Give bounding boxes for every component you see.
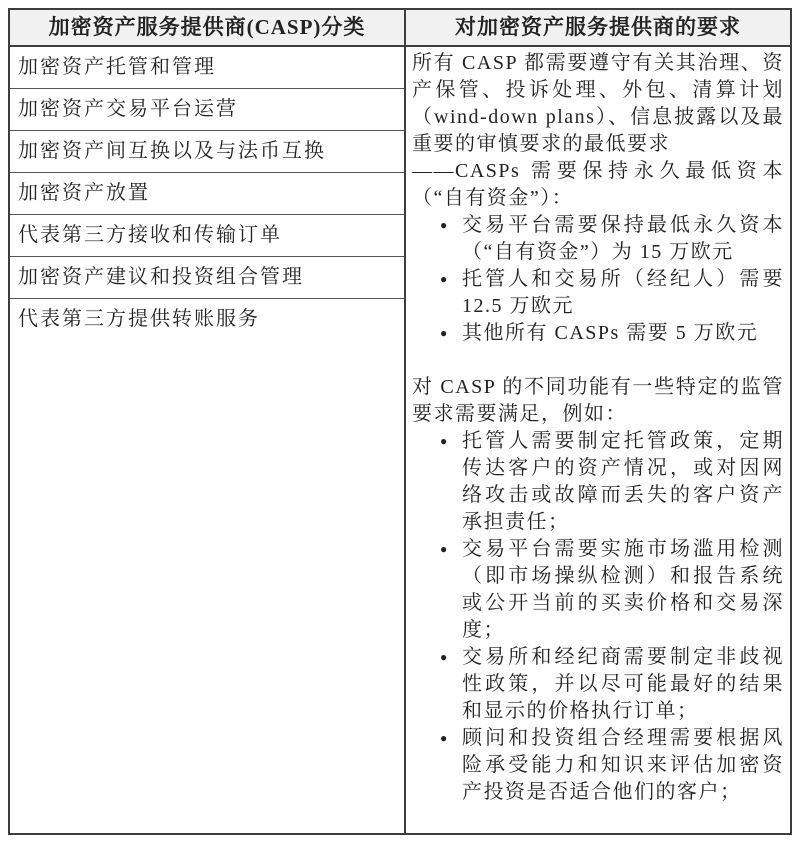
page: 加密资产服务提供商(CASP)分类 对加密资产服务提供商的要求 加密资产托管和管… [0,0,800,842]
function-bullet-market-abuse-detection: 交易平台需要实施市场滥用检测（即市场操纵检测）和报告系统或公开当前的买卖价格和交… [412,536,784,644]
capital-bullet-other-casps: 其他所有 CASPs 需要 5 万欧元 [412,320,784,347]
category-row-trading-platform: 加密资产交易平台运营 [10,89,404,131]
requirements-column: 所有 CASP 都需要遵守有关其治理、资产保管、投诉处理、外包、清算计划（win… [404,47,790,833]
category-row-advice-portfolio: 加密资产建议和投资组合管理 [10,257,404,299]
casp-table: 加密资产服务提供商(CASP)分类 对加密资产服务提供商的要求 加密资产托管和管… [8,8,792,835]
requirements-intro: 所有 CASP 都需要遵守有关其治理、资产保管、投诉处理、外包、清算计划（win… [412,50,784,158]
header-casp-categories: 加密资产服务提供商(CASP)分类 [10,10,404,45]
capital-bullet-list: 交易平台需要保持最低永久资本（“自有资金”）为 15 万欧元 托管人和交易所（经… [412,212,784,347]
function-bullet-custodian-policy: 托管人需要制定托管政策，定期传达客户的资产情况，或对因网络攻击或故障而丢失的客户… [412,428,784,536]
functions-intro: 对 CASP 的不同功能有一些特定的监管要求需要满足，例如： [412,374,784,428]
function-bullet-list: 托管人需要制定托管政策，定期传达客户的资产情况，或对因网络攻击或故障而丢失的客户… [412,428,784,806]
table-body: 加密资产托管和管理 加密资产交易平台运营 加密资产间互换以及与法币互换 加密资产… [10,47,790,833]
capital-bullet-custodian-exchange: 托管人和交易所（经纪人）需要 12.5 万欧元 [412,266,784,320]
category-row-order-transmission: 代表第三方接收和传输订单 [10,215,404,257]
function-bullet-non-discrimination: 交易所和经纪商需要制定非歧视性政策，并以尽可能最好的结果和显示的价格执行订单； [412,644,784,725]
blank-line [412,347,784,374]
capital-requirement-line: ——CASPs 需要保持永久最低资本（“自有资金”）： [412,158,784,212]
categories-column: 加密资产托管和管理 加密资产交易平台运营 加密资产间互换以及与法币互换 加密资产… [10,47,404,833]
category-row-placement: 加密资产放置 [10,173,404,215]
table-header-row: 加密资产服务提供商(CASP)分类 对加密资产服务提供商的要求 [10,10,790,47]
header-casp-requirements: 对加密资产服务提供商的要求 [404,10,790,45]
category-row-transfer-service: 代表第三方提供转账服务 [10,299,404,833]
category-row-exchange: 加密资产间互换以及与法币互换 [10,131,404,173]
capital-bullet-trading-platform: 交易平台需要保持最低永久资本（“自有资金”）为 15 万欧元 [412,212,784,266]
function-bullet-suitability-assessment: 顾问和投资组合经理需要根据风险承受能力和知识来评估加密资产投资是否适合他们的客户… [412,725,784,806]
category-row-custody: 加密资产托管和管理 [10,47,404,89]
